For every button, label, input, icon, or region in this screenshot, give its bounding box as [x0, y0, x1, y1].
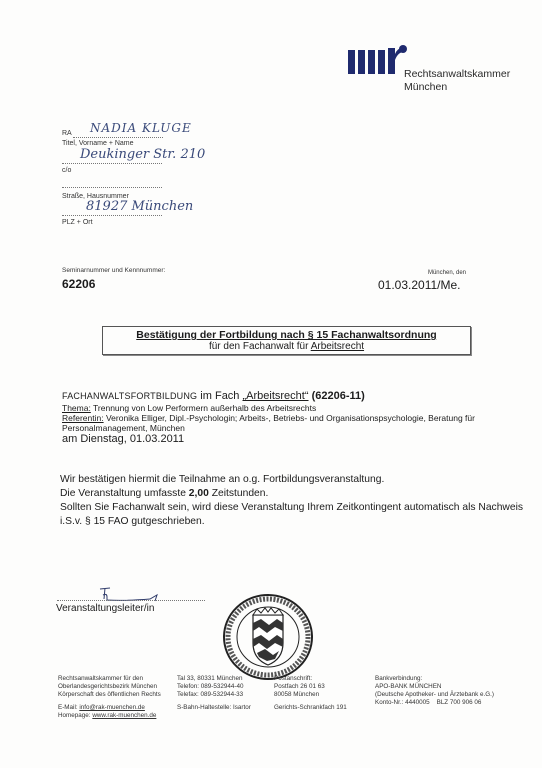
course-details: Fachanwaltsfortbildung im Fach „Arbeitsr… [62, 390, 532, 446]
org-name-line1: Rechtsanwaltskammer [404, 68, 510, 81]
footer-phone: Telefon: 089-532944-40 [177, 683, 287, 691]
co-label: c/o [62, 167, 71, 174]
confirmation-line3: Sollten Sie Fachanwalt sein, wird diese … [60, 501, 540, 529]
course-speaker: Referentin: Veronika Elliger, Dipl.-Psyc… [62, 413, 532, 433]
speaker-label: Referentin: [62, 413, 104, 423]
footer-postal: Postanschrift: Postfach 26 01 63 80058 M… [274, 675, 374, 712]
rak-logo-icon [348, 44, 408, 74]
city-date-label: München, den [366, 270, 466, 276]
footer-postal-city: 80058 München [274, 691, 374, 699]
subtitle-field: Arbeitsrecht [311, 341, 364, 352]
city-label: PLZ + Ort [62, 219, 93, 226]
course-heading-mid: im Fach [197, 390, 242, 402]
footer-org: Rechtsanwaltskammer für den Oberlandesge… [58, 675, 178, 720]
footer-postal-label: Postanschrift: [274, 675, 374, 683]
name-label: Titel, Vorname + Name [62, 140, 134, 147]
footer-bank: Bankverbindung: APO-BANK MÜNCHEN (Deutsc… [375, 675, 535, 707]
footer-bank-name: APO-BANK MÜNCHEN [375, 683, 535, 691]
course-field: „Arbeitsrecht“ [242, 390, 308, 402]
footer-org-line2: Oberlandesgerichtsbezirk München [58, 683, 178, 691]
title-box: Bestätigung der Fortbildung nach § 15 Fa… [102, 326, 471, 355]
footer-postbox: Postfach 26 01 63 [274, 683, 374, 691]
name-line [73, 137, 163, 138]
homepage-link[interactable]: www.rak-muenchen.de [92, 712, 156, 719]
bavarian-seal-icon [213, 593, 323, 681]
footer-fax: Telefax: 089-532944-33 [177, 691, 287, 699]
footer-bank-full: (Deutsche Apotheker- und Ärztebank e.G.) [375, 691, 535, 699]
seminar-number: 62206 [62, 277, 95, 291]
ra-label: RA [62, 130, 72, 137]
topic-value: Trennung von Low Performern außerhalb de… [91, 403, 316, 413]
footer-org-line1: Rechtsanwaltskammer für den [58, 675, 178, 683]
city-line [62, 215, 162, 216]
hours-prefix: Die Veranstaltung umfasste [60, 488, 189, 499]
confirmation-line2: Die Veranstaltung umfasste 2,00 Zeitstun… [60, 487, 540, 501]
org-name-line2: München [404, 81, 510, 94]
footer-court-box: Gerichts-Schrankfach 191 [274, 704, 374, 712]
signature-line [57, 600, 205, 601]
signature-label: Veranstaltungsleiter/in [56, 603, 154, 614]
subtitle-prefix: für den Fachanwalt für [209, 341, 311, 352]
document-title: Bestätigung der Fortbildung nach § 15 Fa… [103, 329, 470, 341]
footer-email: E-Mail: info@rak-muenchen.de [58, 704, 178, 712]
hours-value: 2,00 [189, 488, 209, 499]
date-ref: 01.03.2011/Me. [378, 278, 461, 292]
topic-label: Thema: [62, 403, 91, 413]
course-date: am Dienstag, 01.03.2011 [62, 433, 532, 446]
street-value: Deukinger Str. 210 [80, 147, 205, 162]
speaker-value: Veronika Elliger, Dipl.-Psychologin; Arb… [62, 413, 475, 433]
course-heading: Fachanwaltsfortbildung im Fach „Arbeitsr… [62, 390, 532, 403]
email-label: E-Mail: [58, 704, 79, 711]
footer-homepage: Homepage: www.rak-muenchen.de [58, 712, 178, 720]
document-subtitle: für den Fachanwalt für Arbeitsrecht [103, 341, 470, 352]
course-topic: Thema: Trennung von Low Performern außer… [62, 403, 532, 413]
hours-suffix: Zeitstunden. [209, 488, 269, 499]
confirmation-text: Wir bestätigen hiermit die Teilnahme an … [60, 473, 540, 529]
email-link[interactable]: info@rak-muenchen.de [79, 704, 145, 711]
seminar-label: Seminarnummer und Kennnummer: [62, 267, 165, 274]
confirmation-line1: Wir bestätigen hiermit die Teilnahme an … [60, 473, 540, 487]
street-line [62, 163, 162, 164]
footer-address: Tal 33, 80331 München [177, 675, 287, 683]
org-name: Rechtsanwaltskammer München [404, 68, 510, 94]
footer-contact: Tal 33, 80331 München Telefon: 089-53294… [177, 675, 287, 712]
homepage-label: Homepage: [58, 712, 92, 719]
handwritten-signature-icon [95, 585, 175, 605]
course-code: (62206-11) [309, 390, 365, 402]
name-value: NADIA KLUGE [90, 121, 192, 135]
course-heading-prefix: Fachanwaltsfortbildung [62, 391, 197, 401]
footer-transit: S-Bahn-Haltestelle: Isartor [177, 704, 287, 712]
footer-org-line3: Körperschaft des öffentlichen Rechts [58, 691, 178, 699]
co-line [62, 187, 162, 188]
footer-account: Konto-Nr.: 4440005 BLZ 700 906 06 [375, 699, 535, 707]
city-value: 81927 München [86, 199, 193, 214]
footer-bank-label: Bankverbindung: [375, 675, 535, 683]
